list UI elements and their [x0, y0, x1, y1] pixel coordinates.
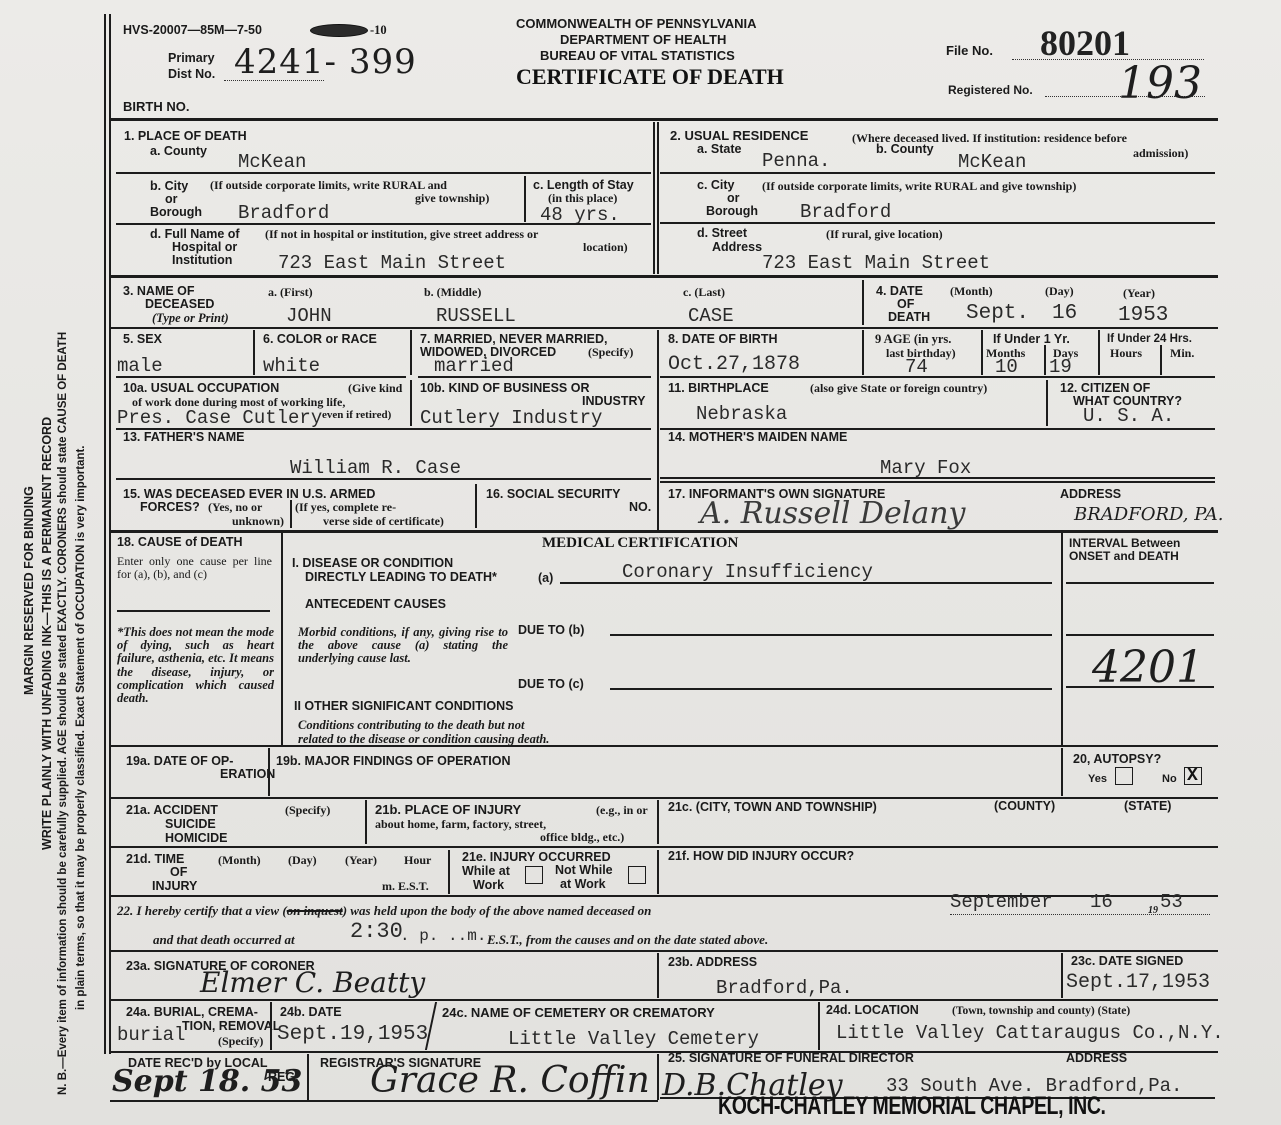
cause-instructions: Enter only one cause per line for (a), (… [117, 555, 272, 581]
rule [660, 477, 1215, 479]
line-a-label: (a) [538, 572, 553, 585]
rule [610, 634, 1052, 636]
coroner-signature: Elmer C. Beatty [200, 966, 425, 999]
funeral-home-stamp: KOCH-CHATLEY MEMORIAL CHAPEL, INC. [718, 1092, 1106, 1121]
rule-v [1061, 532, 1063, 745]
marital-specify: (Specify) [588, 346, 633, 359]
rule-v [862, 330, 864, 375]
certify-text-4: E.S.T., from the causes and on the date … [487, 933, 768, 946]
occupation-value: Pres. Case Cutlery [117, 408, 322, 428]
ur-state-value: Penna. [762, 151, 830, 171]
rule-v [1044, 345, 1046, 375]
pod-county-value: McKean [238, 152, 306, 172]
antecedent-label: ANTECEDENT CAUSES [305, 598, 446, 611]
deceased-name-label-2: DECEASED [145, 298, 214, 311]
primary-dist-label-2: Dist No. [168, 68, 215, 81]
rule-v [862, 280, 864, 325]
rule [1066, 634, 1214, 636]
injury-place-note-2: about home, farm, factory, street, [375, 818, 546, 831]
rule-v [1160, 345, 1162, 375]
autopsy-no-mark: X [1187, 766, 1198, 786]
cause-line-a-value: Coronary Insufficiency [622, 562, 873, 582]
injury-day-label: (Day) [288, 854, 317, 867]
col-divider-1-2 [653, 122, 655, 274]
injury-type-label-3: HOMICIDE [165, 832, 228, 845]
rule-v [290, 500, 292, 528]
armed-forces-note-4: verse side of certificate) [323, 515, 444, 528]
pod-county-label: a. County [150, 145, 207, 158]
pod-city-note: (If outside corporate limits, write RURA… [210, 179, 447, 192]
rule [660, 222, 1215, 224]
rule-v [981, 330, 983, 375]
morbid-note: Morbid conditions, if any, giving rise t… [298, 626, 508, 666]
while-at-work-label: While at [462, 865, 510, 878]
burial-type-value: burial [117, 1025, 185, 1045]
pod-hospital-label-3: Institution [172, 254, 232, 267]
injury-state-label: (STATE) [1124, 800, 1171, 813]
middle-name-label: b. (Middle) [424, 286, 481, 299]
rule-v [307, 1054, 309, 1100]
col-divider-1-2b [657, 122, 659, 274]
cause-label: 18. CAUSE of DEATH [117, 536, 242, 549]
injury-year-label: (Year) [345, 854, 377, 867]
rule [116, 172, 651, 174]
mother-label: 14. MOTHER'S MAIDEN NAME [668, 431, 847, 444]
while-at-work-checkbox[interactable] [525, 866, 543, 884]
business-label: 10b. KIND OF BUSINESS OR [420, 382, 589, 395]
burial-type-label: 24a. BURIAL, CREMA- [126, 1006, 258, 1019]
pod-hospital-value: 723 East Main Street [278, 253, 506, 273]
dod-day-label: (Day) [1045, 285, 1074, 298]
rule-v [1061, 748, 1063, 796]
ur-note-2: admission) [1133, 147, 1188, 160]
rule [110, 950, 1218, 952]
mother-value: Mary Fox [880, 458, 971, 478]
ur-city-value: Bradford [800, 202, 891, 222]
birth-date-value: Oct.27,1878 [668, 355, 800, 375]
age-days-value: 19 [1049, 357, 1072, 377]
rule-v [657, 1054, 659, 1100]
rule [110, 1100, 658, 1102]
race-value: white [263, 356, 320, 376]
part1-label: I. DISEASE OR CONDITION [292, 557, 453, 570]
registered-no: 193 [1118, 58, 1202, 109]
age-min-label: Min. [1170, 347, 1194, 360]
rule [1066, 686, 1214, 688]
funeral-address-label: ADDRESS [1066, 1052, 1127, 1065]
under-1yr-label: If Under 1 Yr. [993, 333, 1070, 346]
certify-year-prefix: 19 [1148, 904, 1158, 917]
due-to-c-label: DUE TO (c) [518, 678, 584, 691]
file-no-label: File No. [946, 44, 993, 57]
cause-footnote: *This does not mean the mode of dying, s… [117, 626, 274, 705]
certify-date-year: 53 [1160, 892, 1183, 912]
burial-location-note: (Town, township and county) (State) [952, 1005, 1130, 1018]
certify-time: 2:30 [350, 922, 403, 942]
certificate-title: CERTIFICATE OF DEATH [516, 64, 784, 90]
rule-v [475, 484, 477, 528]
injury-time-label-2: OF [170, 866, 187, 879]
certify-date-month: September [950, 892, 1053, 912]
rule [110, 846, 1218, 848]
rule-v [1046, 380, 1048, 426]
operation-date-label: 19a. DATE OF OP- [126, 755, 233, 768]
armed-forces-note: (Yes, no or [208, 501, 262, 514]
form-code: HVS-20007—85M—7-50 [123, 24, 262, 37]
rule-v [1061, 953, 1063, 998]
form-left-border [104, 14, 106, 1054]
section-divider-operation [110, 745, 1218, 747]
rule [560, 582, 1052, 584]
rule-v [268, 748, 270, 796]
burial-location-value: Little Valley Cattaraugus Co.,N.Y. [836, 1023, 1224, 1043]
injury-hour-label: Hour [404, 854, 431, 867]
marital-value: married [434, 356, 514, 376]
operation-findings-label: 19b. MAJOR FINDINGS OF OPERATION [276, 755, 511, 768]
primary-dist-label: Primary [168, 52, 215, 65]
section-divider-medical [110, 530, 1218, 533]
part2-note: Conditions contributing to the death but… [298, 719, 524, 732]
part2-label: II OTHER SIGNIFICANT CONDITIONS [294, 700, 513, 713]
while-at-work-label-2: Work [473, 879, 504, 892]
part1-label-2: DIRECTLY LEADING TO DEATH* [305, 571, 497, 584]
pod-hospital-note-2: location) [583, 241, 628, 254]
age-months-value: 10 [995, 357, 1018, 377]
ur-county-label: b. County [876, 143, 934, 156]
citizen-value: U. S. A. [1083, 406, 1174, 426]
certify-text-1: 22. I hereby certify that a view ( [117, 903, 287, 918]
injury-county-label: (COUNTY) [994, 800, 1055, 813]
rule-v [657, 330, 659, 530]
age-hours-label: Hours [1110, 347, 1142, 360]
ur-street-label: d. Street [697, 227, 747, 240]
certify-struck: on inquest [287, 903, 343, 918]
middle-name-value: RUSSELL [436, 306, 516, 326]
race-label: 6. COLOR or RACE [263, 333, 377, 346]
margin-nb-note: N. B.—Every item of information should b… [57, 332, 69, 1095]
place-of-death-label: 1. PLACE OF DEATH [124, 130, 247, 143]
sex-label: 5. SEX [123, 333, 162, 346]
informant-address-label: ADDRESS [1060, 488, 1121, 501]
coroner-address-label: 23b. ADDRESS [668, 956, 757, 969]
injury-place-label: 21b. PLACE OF INJURY [375, 803, 521, 816]
dod-day-value: 16 [1052, 304, 1077, 324]
rule-v [657, 953, 659, 998]
cemetery-label: 24c. NAME OF CEMETERY OR CREMATORY [442, 1006, 715, 1019]
injury-month-label: (Month) [218, 854, 261, 867]
rule-v [281, 532, 283, 745]
autopsy-yes-checkbox[interactable] [1115, 767, 1133, 785]
deceased-type-note: (Type or Print) [152, 312, 229, 325]
dod-year-label: (Year) [1123, 287, 1155, 300]
rule-v [410, 380, 412, 426]
occupation-note: (Give kind [348, 382, 402, 395]
first-name-value: JOHN [286, 306, 332, 326]
pod-borough-label: Borough [150, 206, 202, 219]
rule-v [1098, 330, 1100, 375]
margin-binding-note: MARGIN RESERVED FOR BINDING [22, 486, 36, 695]
certify-text-3: and that death occurred at [153, 933, 295, 946]
file-no: 80201 [1040, 22, 1130, 64]
business-value: Cutlery Industry [420, 408, 602, 428]
medical-certification-title: MEDICAL CERTIFICATION [542, 535, 738, 552]
rule-v [657, 850, 659, 894]
armed-forces-note-3: (If yes, complete re- [295, 501, 396, 514]
burial-type-label-2: TION, REMOVAL [182, 1020, 280, 1033]
burial-specify: (Specify) [218, 1035, 263, 1048]
injury-time-label-3: INJURY [152, 880, 197, 893]
last-name-label: c. (Last) [683, 286, 725, 299]
coroner-date-value: Sept.17,1953 [1066, 973, 1210, 993]
informant-address: BRADFORD, PA. [1074, 504, 1223, 525]
margin-permanent-record-note: WRITE PLAINLY WITH UNFADING INK—THIS IS … [40, 417, 54, 850]
coroner-address-value: Bradford,Pa. [716, 978, 853, 998]
dod-month-value: Sept. [966, 304, 1029, 324]
rule [116, 376, 406, 378]
injury-type-note: (Specify) [285, 804, 330, 817]
ur-street-value: 723 East Main Street [762, 253, 990, 273]
union-label-icon [310, 24, 368, 37]
agency-line-3: BUREAU OF VITAL STATISTICS [540, 49, 735, 62]
registrar-date-value: Sept 18. 53 [112, 1064, 302, 1099]
ssn-label: 16. SOCIAL SECURITY [486, 488, 621, 501]
certify-date-dots [950, 914, 1210, 915]
rule [110, 999, 1218, 1001]
injury-type-label-2: SUICIDE [165, 818, 216, 831]
dod-month-label: (Month) [950, 285, 993, 298]
ur-borough-label: Borough [706, 205, 758, 218]
birth-date-label: 8. DATE OF BIRTH [668, 333, 778, 346]
burial-location-label: 24d. LOCATION [826, 1004, 919, 1017]
certify-date-day: 16 [1090, 892, 1113, 912]
birthplace-value: Nebraska [696, 404, 787, 424]
under-24hrs-label: If Under 24 Hrs. [1107, 333, 1192, 346]
agency-line-2: DEPARTMENT OF HEALTH [560, 33, 726, 46]
rule-v [410, 330, 412, 375]
rule-v [657, 800, 659, 844]
injury-est-label: m. E.S.T. [382, 880, 429, 893]
pod-city-note-2: give township) [415, 192, 489, 205]
injury-location-label: 21c. (CITY, TOWN AND TOWNSHIP) [668, 801, 877, 814]
registered-no-label: Registered No. [948, 84, 1033, 97]
not-while-at-work-checkbox[interactable] [628, 866, 646, 884]
rule [660, 481, 1215, 483]
rule-v [818, 1002, 820, 1050]
sex-value: male [117, 356, 163, 376]
dod-label-3: DEATH [888, 311, 930, 324]
pod-stay-value: 48 yrs. [540, 205, 620, 225]
burial-date-value: Sept.19,1953 [277, 1025, 428, 1045]
injury-type-label: 21a. ACCIDENT [126, 804, 218, 817]
ur-city-note: (If outside corporate limits, write RURA… [762, 180, 1076, 193]
agency-line-1: COMMONWEALTH OF PENNSYLVANIA [516, 17, 757, 30]
rule-v [365, 800, 367, 844]
rule [117, 610, 270, 612]
first-name-label: a. (First) [268, 286, 313, 299]
occupation-note-3: even if retired) [322, 409, 391, 422]
death-certificate: MARGIN RESERVED FOR BINDING WRITE PLAINL… [0, 0, 1281, 1125]
rule [660, 172, 1215, 174]
certify-text-2: ) was held upon the body of the above na… [343, 903, 652, 918]
ur-county-value: McKean [958, 152, 1026, 172]
rule [660, 376, 1215, 378]
certify-time-suffix: . p. ..m., [400, 926, 496, 946]
injury-how-label: 21f. HOW DID INJURY OCCUR? [668, 850, 854, 863]
rule [116, 223, 651, 225]
rule-v [524, 176, 526, 222]
father-label: 13. FATHER'S NAME [123, 431, 245, 444]
last-name-value: CASE [688, 306, 734, 326]
age-years-value: 74 [905, 357, 928, 377]
pod-city-value: Bradford [238, 203, 329, 223]
autopsy-label: 20, AUTOPSY? [1073, 753, 1161, 766]
cemetery-value: Little Valley Cemetery [508, 1029, 759, 1049]
due-to-b-label: DUE TO (b) [518, 624, 584, 637]
rule-v [448, 850, 450, 894]
age-label: 9 AGE (in yrs. [875, 333, 951, 346]
rule [610, 688, 1052, 690]
birth-no-label: BIRTH NO. [123, 100, 189, 113]
armed-forces-note-2: unknown) [232, 515, 284, 528]
ur-street-note: (If rural, give location) [826, 228, 943, 241]
coroner-date-label: 23c. DATE SIGNED [1071, 955, 1183, 968]
rule [110, 327, 1218, 329]
usual-residence-label: 2. USUAL RESIDENCE [670, 129, 808, 142]
autopsy-no-label: No [1162, 773, 1177, 786]
rule [116, 478, 651, 480]
injury-place-note: (e.g., in or [596, 804, 648, 817]
not-while-at-work-label-2: at Work [560, 878, 606, 891]
rule-v [270, 1002, 272, 1050]
birthplace-label: 11. BIRTHPLACE [668, 382, 769, 395]
ssn-label-2: NO. [629, 501, 651, 514]
occupation-label: 10a. USUAL OCCUPATION [123, 382, 279, 395]
rule-v [253, 330, 255, 375]
section-divider [110, 275, 1218, 278]
certify-statement: 22. I hereby certify that a view (on inq… [117, 904, 651, 917]
union-suffix: -10 [370, 24, 387, 37]
autopsy-yes-label: Yes [1088, 773, 1107, 786]
informant-signature: A. Russell Delany [700, 496, 965, 531]
father-value: William R. Case [290, 458, 461, 478]
rule [418, 376, 651, 378]
not-while-at-work-label: Not While [555, 864, 613, 877]
pod-hospital-note: (If not in hospital or institution, give… [265, 228, 538, 241]
rule [1066, 582, 1214, 584]
form-left-border-inner [109, 14, 111, 1054]
interval-label-2: ONSET and DEATH [1069, 550, 1179, 563]
injury-place-note-3: office bldg., etc.) [540, 831, 624, 844]
header-divider [110, 118, 1218, 121]
birthplace-note: (also give State or foreign country) [810, 382, 987, 395]
primary-dist-no: 4241- 399 [234, 42, 417, 82]
rule [110, 1051, 1218, 1053]
armed-forces-label-2: FORCES? [140, 501, 200, 514]
margin-plain-terms-note: in plain terms, so that it may be proper… [75, 446, 87, 1011]
ur-address-label: Address [712, 241, 762, 254]
funeral-sig-label: 25. SIGNATURE OF FUNERAL DIRECTOR [668, 1052, 914, 1065]
ur-state-label: a. State [697, 143, 741, 156]
burial-date-label: 24b. DATE [280, 1006, 342, 1019]
dod-year-value: 1953 [1118, 306, 1168, 326]
registrar-signature: Grace R. Coffin [370, 1060, 650, 1101]
